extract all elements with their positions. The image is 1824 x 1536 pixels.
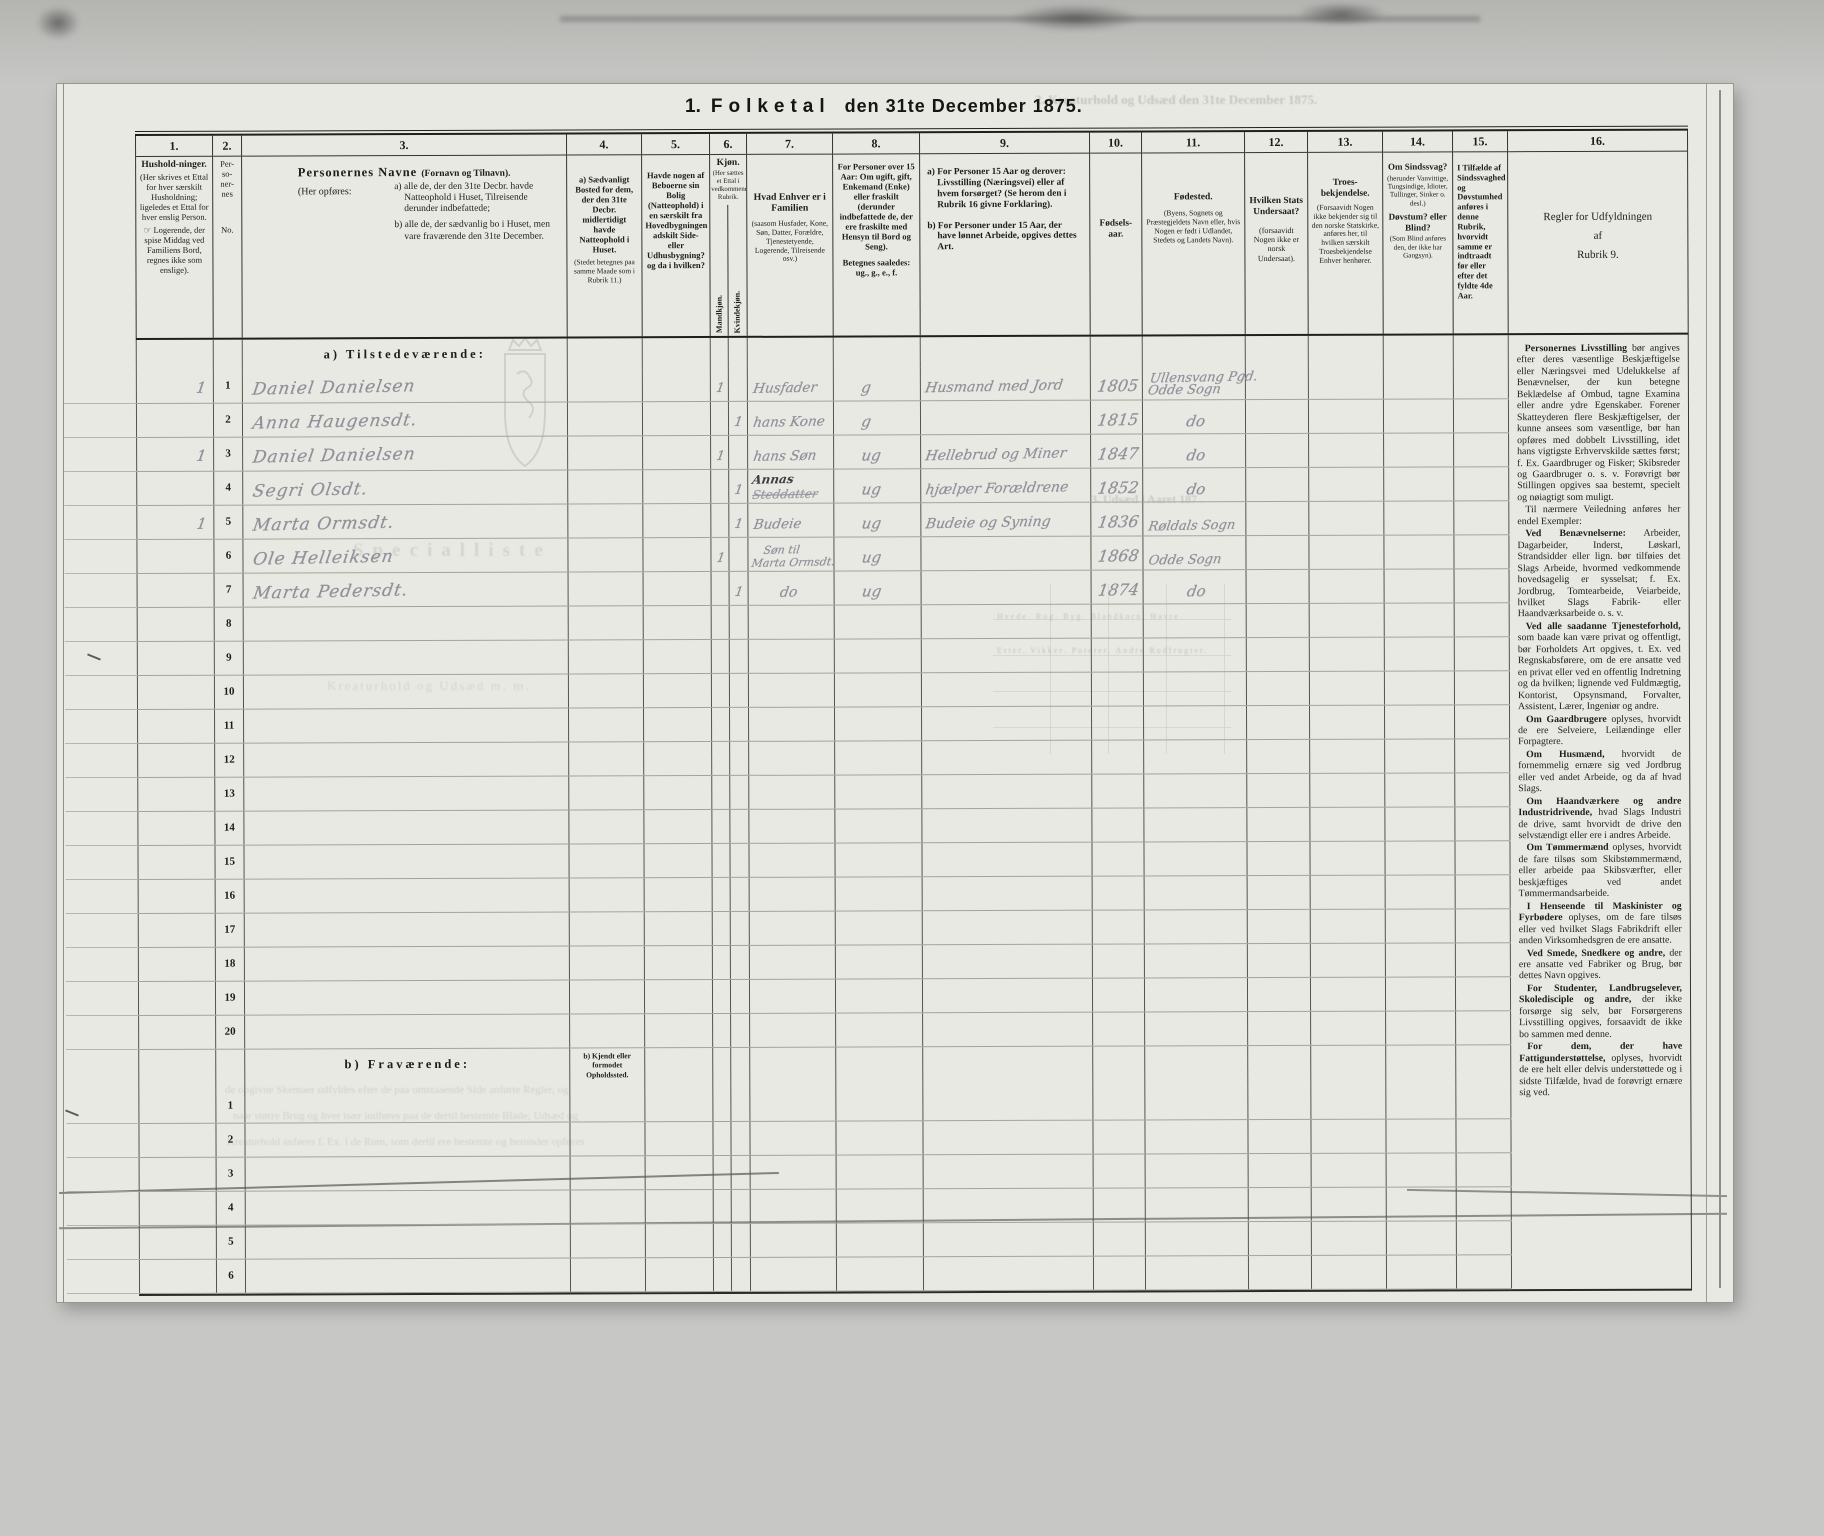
person-number: 2 [214, 404, 243, 437]
rules-paragraph: For dem, der have Fattigunderstøttelse, … [1519, 1041, 1682, 1099]
col14-title2: Døvstum? eller Blind? [1386, 212, 1449, 233]
person-number: 6 [217, 1260, 246, 1293]
occupation-entry: Hellebrud og Miner [924, 445, 1067, 464]
section-heading-absent: b) Fraværende: b) Kjendt eller formodet … [138, 1045, 1511, 1090]
table-row-empty: 20 [138, 1011, 1511, 1050]
person-number: 16 [216, 880, 245, 913]
birth-year-entry: 1836 [1096, 512, 1140, 532]
col15-main: I Tilfælde af Sindssvaghed og Døvstumhed… [1456, 163, 1504, 301]
person-number: 10 [215, 676, 244, 709]
header-col-occupation: 9. a) For Personer 15 Aar og derover: Li… [920, 133, 1091, 336]
female-mark: 1 [733, 415, 744, 430]
header-col-person-number: 2. Per- so- ner- nes No. [213, 136, 243, 338]
person-number: 15 [215, 846, 244, 879]
column-number: 9. [920, 133, 1089, 155]
rules-paragraph: Til nærmere Veiledning anføres her endel… [1517, 504, 1680, 527]
header-col-birthplace: 11. Fødested. (Byens, Sognets og Præsteg… [1142, 132, 1246, 334]
person-number: 17 [216, 914, 245, 947]
table-row-empty: 4 [139, 1187, 1512, 1226]
scan-smudge [1296, 2, 1386, 26]
column-number: 13. [1308, 132, 1382, 153]
struck-entry: Steddatter [751, 486, 819, 501]
col4-note: (Stedet betegnes paa samme Maade som i R… [570, 259, 638, 285]
table-row-empty: 9 [137, 637, 1510, 676]
name-entry: Segri Olsdt. [251, 479, 369, 501]
person-number: 2 [216, 1124, 245, 1157]
rules-paragraph: Om Tømmermænd oplyses, hvorvidt de fare … [1518, 842, 1681, 900]
table-row-empty: 3 [139, 1153, 1512, 1192]
person-number: 11 [215, 710, 244, 743]
column-number: 1. [136, 136, 212, 157]
birthplace-entry: Odde Sogn [1148, 554, 1223, 568]
column-number: 7. [747, 134, 832, 155]
table-row-empty: 12 [137, 739, 1510, 778]
col14-note2: (Som Blind anføres den, der ikke har Gan… [1386, 235, 1449, 260]
col9-item-a: a) For Personer 15 Aar og derover: Livss… [923, 165, 1086, 211]
rows-area: a) Tilstedeværende: 1 1 Daniel Danielsen [136, 335, 1512, 1294]
household-mark: 1 [195, 379, 207, 397]
female-mark: 1 [733, 483, 744, 498]
person-number: 5 [217, 1226, 246, 1259]
rules-paragraph: I Henseende til Maskinister og Fyrbødere… [1519, 900, 1682, 946]
corrected-entry: Annas [751, 472, 795, 487]
rules-paragraph: Om Husmænd, hvorvidt de fornemmelig ernæ… [1518, 748, 1681, 794]
name-entry: Marta Ormsdt. [251, 513, 396, 536]
col14-title: Om Sindssvag? [1386, 161, 1449, 172]
male-mark: 1 [715, 381, 726, 396]
family-role-entry: Søn til [762, 543, 800, 557]
table-row: 1 3 Daniel Danielsen 1 hans Søn ug Helle… [136, 433, 1509, 472]
column-number: 6. [710, 134, 746, 155]
birthplace-line: Røldals Sogn [1147, 520, 1236, 534]
scan-streak [560, 16, 1480, 22]
table-row-empty: 1 [138, 1085, 1511, 1124]
table-row: 7 Marta Pedersdt. 1 do ug 1874 do [137, 569, 1510, 608]
male-mark: 1 [716, 551, 727, 566]
header-col-onset: 15. I Tilfælde af Sindssvaghed og Døvstu… [1453, 131, 1509, 333]
col13-title: Troes-bekjendelse. [1311, 178, 1379, 200]
scan-smudge [36, 6, 80, 40]
absent-col4-note: b) Kjendt eller formodet Opholdssted. [570, 1048, 645, 1088]
header-col-marital-status: 8. For Personer over 15 Aar: Om ugift, g… [833, 133, 921, 335]
header-col-sex: 6. Kjøn. (Her sættes et Ettal i vedkomme… [710, 134, 748, 336]
absent-heading: b) Fraværende: [245, 1048, 570, 1089]
col3-title: Personernes Navne [298, 165, 417, 179]
table-body: a) Tilstedeværende: 1 1 Daniel Danielsen [136, 335, 1692, 1296]
header-col-households: 1. Hushold-ninger. (Her skrives et Ettal… [135, 136, 214, 338]
birth-year-entry: 1852 [1096, 478, 1140, 498]
birth-year-entry: 1805 [1096, 376, 1140, 396]
rules-title: Regler for Udfyldningen [1511, 211, 1684, 224]
table-row: 4 Segri Olsdt. 1 Annas Steddatter ug hjæ… [136, 467, 1509, 506]
person-number: 1 [216, 1090, 245, 1123]
paper-left-edge [63, 84, 64, 1302]
rules-title: af [1511, 229, 1684, 242]
birthplace-ditto: do [1185, 412, 1206, 430]
person-number: 4 [214, 472, 243, 505]
rules-column: Personernes Livsstilling bør angives eft… [1509, 335, 1692, 1290]
table-row-empty: 6 [139, 1255, 1512, 1294]
col10-main: Fødsels-aar. [1093, 218, 1138, 240]
col1-note2: ☞ Logerende, der spise Middag ved Famili… [139, 226, 209, 276]
family-role-entry: hans Kone [752, 413, 826, 430]
birth-year-entry: 1847 [1096, 444, 1140, 464]
person-number: 7 [215, 574, 244, 607]
name-entry: Daniel Danielsen [251, 444, 417, 467]
person-number: 19 [216, 982, 245, 1015]
marital-status-entry: ug [860, 514, 882, 532]
table-row: 1 1 Daniel Danielsen 1 Husfader g Husman… [136, 365, 1509, 404]
table-row-empty: 18 [138, 943, 1511, 982]
birthplace-ditto: do [1186, 582, 1207, 600]
col6-note: (Her sættes et Ettal i vedkommende Rubri… [710, 169, 746, 203]
person-number: 18 [216, 948, 245, 981]
table-row: 2 Anna Haugensdt. 1 hans Kone g 1815 do [136, 399, 1509, 438]
column-number: 11. [1142, 132, 1244, 153]
person-number: 3 [217, 1158, 246, 1191]
person-number: 13 [215, 778, 244, 811]
marital-status-entry: ug [860, 480, 882, 498]
name-entry: Daniel Danielsen [251, 376, 417, 399]
col13-note: (Forsaavidt Nogen ikke bekjender sig til… [1311, 203, 1379, 265]
header-col-outbuilding: 5. Havde nogen af Beboerne sin Bolig (Na… [642, 134, 711, 336]
col11-title: Fødested. [1145, 192, 1241, 203]
table-row-empty: 10 [137, 671, 1510, 710]
table-row-empty: 16 [138, 875, 1511, 914]
person-number: 20 [216, 1016, 245, 1049]
rules-paragraph: Om Haandværkere og andre Industridrivend… [1518, 795, 1681, 841]
section-heading-present: a) Tilstedeværende: [136, 335, 1509, 370]
person-number: 12 [215, 744, 244, 777]
col12-note: (forsaavidt Nogen ikke er norsk Undersaa… [1248, 226, 1304, 264]
family-role-entry: Budeie [752, 516, 802, 533]
paper-right-edge [1706, 84, 1707, 1302]
female-mark: 1 [733, 517, 744, 532]
col14-note: (herunder Vanvittige, Tungsindige, Idiot… [1386, 174, 1449, 208]
household-mark: 1 [196, 447, 208, 465]
header-col-rules: 16. Regler for Udfyldningen af Rubrik 9. [1508, 131, 1689, 334]
table-row-empty: 14 [137, 807, 1510, 846]
person-number: 9 [215, 642, 244, 675]
marital-status-entry: g [860, 412, 872, 430]
marital-status-entry: ug [861, 548, 883, 566]
birthplace-line: Odde Sogn [1148, 554, 1223, 568]
col2-line: No. [221, 225, 234, 235]
birthplace-ditto: do [1185, 446, 1206, 464]
scan-background-band [0, 0, 1824, 86]
page-title: 1.Folketalden 31te December 1875. [685, 96, 1083, 118]
header-col-family-role: 7. Hvad Enhver er i Familien (saasom Hus… [747, 134, 834, 336]
birth-year-entry: 1815 [1096, 410, 1140, 430]
rules-title: Rubrik 9. [1511, 248, 1684, 261]
header-col-disabilities: 14. Om Sindssvag? (herunder Vanvittige, … [1383, 131, 1454, 333]
male-mark: 1 [715, 449, 726, 464]
birthplace-entry: Røldals Sogn [1147, 520, 1236, 534]
present-heading: a) Tilstedeværende: [243, 338, 568, 369]
table-row-empty: 13 [137, 773, 1510, 812]
header-col-names: 3. Personernes Navne (Fornavn og Tilnavn… [242, 134, 568, 337]
column-number: 14. [1383, 131, 1452, 152]
rules-paragraph: Personernes Livsstilling bør angives eft… [1517, 343, 1681, 504]
margin-row-stubs [64, 370, 138, 1050]
person-number: 6 [214, 540, 243, 573]
col6-female-label: Kvindekjøn. [733, 290, 743, 333]
column-number: 3. [242, 134, 566, 156]
person-number: 4 [217, 1192, 246, 1225]
name-entry: Ole Helleiksen [252, 547, 396, 570]
table-row: 1 5 Marta Ormsdt. 1 Budeie ug Budeie og … [136, 501, 1509, 540]
col5-main: Havde nogen af Beboerne sin Bolig (Natte… [645, 170, 706, 271]
table-row-empty: 8 [137, 603, 1510, 642]
occupation-entry: Husmand med Jord [924, 377, 1064, 396]
table-row-empty: 5 [139, 1221, 1512, 1260]
col6-title: Kjøn. [710, 158, 746, 169]
col3-note: (Her opføres: [245, 186, 405, 337]
header-col-creed: 13. Troes-bekjendelse. (Forsaavidt Nogen… [1308, 132, 1384, 334]
col2-line: nes [222, 189, 233, 199]
header-col-citizenship: 12. Hvilken Stats Undersaat? (forsaavidt… [1245, 132, 1309, 334]
table-row-empty: 15 [137, 841, 1510, 880]
col7-title: Hvad Enhver er i Familien [750, 192, 829, 215]
col9-item-b: b) For Personer under 15 Aar, der have l… [923, 218, 1086, 253]
column-number: 15. [1453, 131, 1507, 152]
col6-male-label: Mandkjøn. [714, 295, 723, 333]
col4-main: a) Sædvanligt Bosted for dem, der den 31… [570, 174, 638, 255]
marital-status-entry: ug [860, 446, 882, 464]
person-number: 3 [214, 438, 243, 471]
col8-note: Betegnes saaledes: ug., g., e., f. [836, 258, 916, 278]
column-number: 4. [567, 134, 641, 155]
person-number: 1 [214, 370, 243, 403]
census-sheet: 2. Kreaturhold og Udsæd den 31te Decembe… [57, 84, 1733, 1302]
column-number: 5. [642, 134, 709, 155]
rules-paragraph: Ved alle saadanne Tjenesteforhold, som b… [1518, 620, 1681, 712]
family-role-ditto: do [779, 584, 799, 600]
rules-paragraph: Om Gaardbrugere oplyses, hvorvidt de ere… [1518, 713, 1681, 748]
marital-status-entry: ug [861, 582, 883, 600]
rules-paragraph: Ved Smede, Snedkere og andre, der ere an… [1519, 947, 1682, 982]
table-row-empty: 2 [138, 1119, 1511, 1158]
marital-status-entry: g [860, 378, 872, 396]
column-number: 10. [1090, 132, 1141, 153]
col8-main: For Personer over 15 Aar: Om ugift, gift… [836, 161, 916, 252]
person-number: 14 [215, 812, 244, 845]
person-number: 5 [214, 506, 243, 539]
family-role-entry: Marta Ormsdt. [751, 555, 836, 570]
title-number: 1. [685, 96, 701, 117]
birthplace-line: Odde Sogn [1147, 383, 1257, 397]
column-number: 8. [833, 133, 919, 154]
census-table: 1. Hushold-ninger. (Her skrives et Ettal… [135, 129, 1692, 1296]
col3-subtitle: (Fornavn og Tilnavn). [421, 169, 510, 179]
col12-title: Hvilken Stats Undersaat? [1248, 196, 1304, 218]
birth-year-entry: 1868 [1097, 546, 1141, 566]
table-row-empty: 11 [137, 705, 1510, 744]
col1-title: Hushold-ninger. [139, 160, 209, 171]
column-number: 16. [1508, 131, 1687, 153]
col1-note: (Her skrives et Ettal for hver særskilt … [139, 173, 209, 223]
col7-note: (saasom Husfader, Kone, Søn, Datter, For… [750, 219, 829, 264]
family-role-entry: hans Søn [752, 448, 817, 465]
margin-row-stubs [66, 1090, 139, 1294]
title-main: Folketal [711, 96, 831, 117]
header-col-usual-residence: 4. a) Sædvanligt Bosted for dem, der den… [567, 134, 643, 336]
birth-year-entry: 1874 [1097, 580, 1141, 600]
header-col-birth-year: 10. Fødsels-aar. [1090, 132, 1143, 334]
table-row-empty: 17 [138, 909, 1511, 948]
table-row-empty: 19 [138, 977, 1511, 1016]
table-row: 6 Ole Helleiksen 1 Søn til Marta Ormsdt.… [136, 535, 1509, 574]
rules-paragraph: Ved Benævnelserne: Arbeider, Dagarbeider… [1517, 528, 1680, 620]
title-date: den 31te December 1875. [845, 96, 1083, 116]
column-number: 2. [213, 136, 241, 157]
household-mark: 1 [196, 515, 208, 533]
birthplace-ditto: do [1185, 480, 1206, 498]
occupation-entry: hjælper Forældrene [924, 479, 1069, 498]
family-role-entry: Husfader [752, 380, 818, 397]
female-mark: 1 [734, 585, 745, 600]
name-entry: Anna Haugensdt. [251, 410, 419, 433]
table-header: 1. Hushold-ninger. (Her skrives et Ettal… [135, 129, 1689, 340]
rules-paragraph: For Studenter, Landbrugselever, Skoledis… [1519, 983, 1682, 1041]
person-number: 8 [215, 608, 244, 641]
name-entry: Marta Pedersdt. [252, 580, 410, 603]
occupation-entry: Budeie og Syning [924, 514, 1051, 533]
scanned-census-page: 2. Kreaturhold og Udsæd den 31te Decembe… [0, 0, 1824, 1536]
birthplace-entry: Ullensvang Pgd.Odde Sogn [1147, 371, 1258, 397]
paper-right-edge [1719, 90, 1721, 1288]
col11-note: (Byens, Sognets og Præstegjeldets Navn e… [1145, 209, 1241, 245]
column-number: 12. [1245, 132, 1307, 153]
